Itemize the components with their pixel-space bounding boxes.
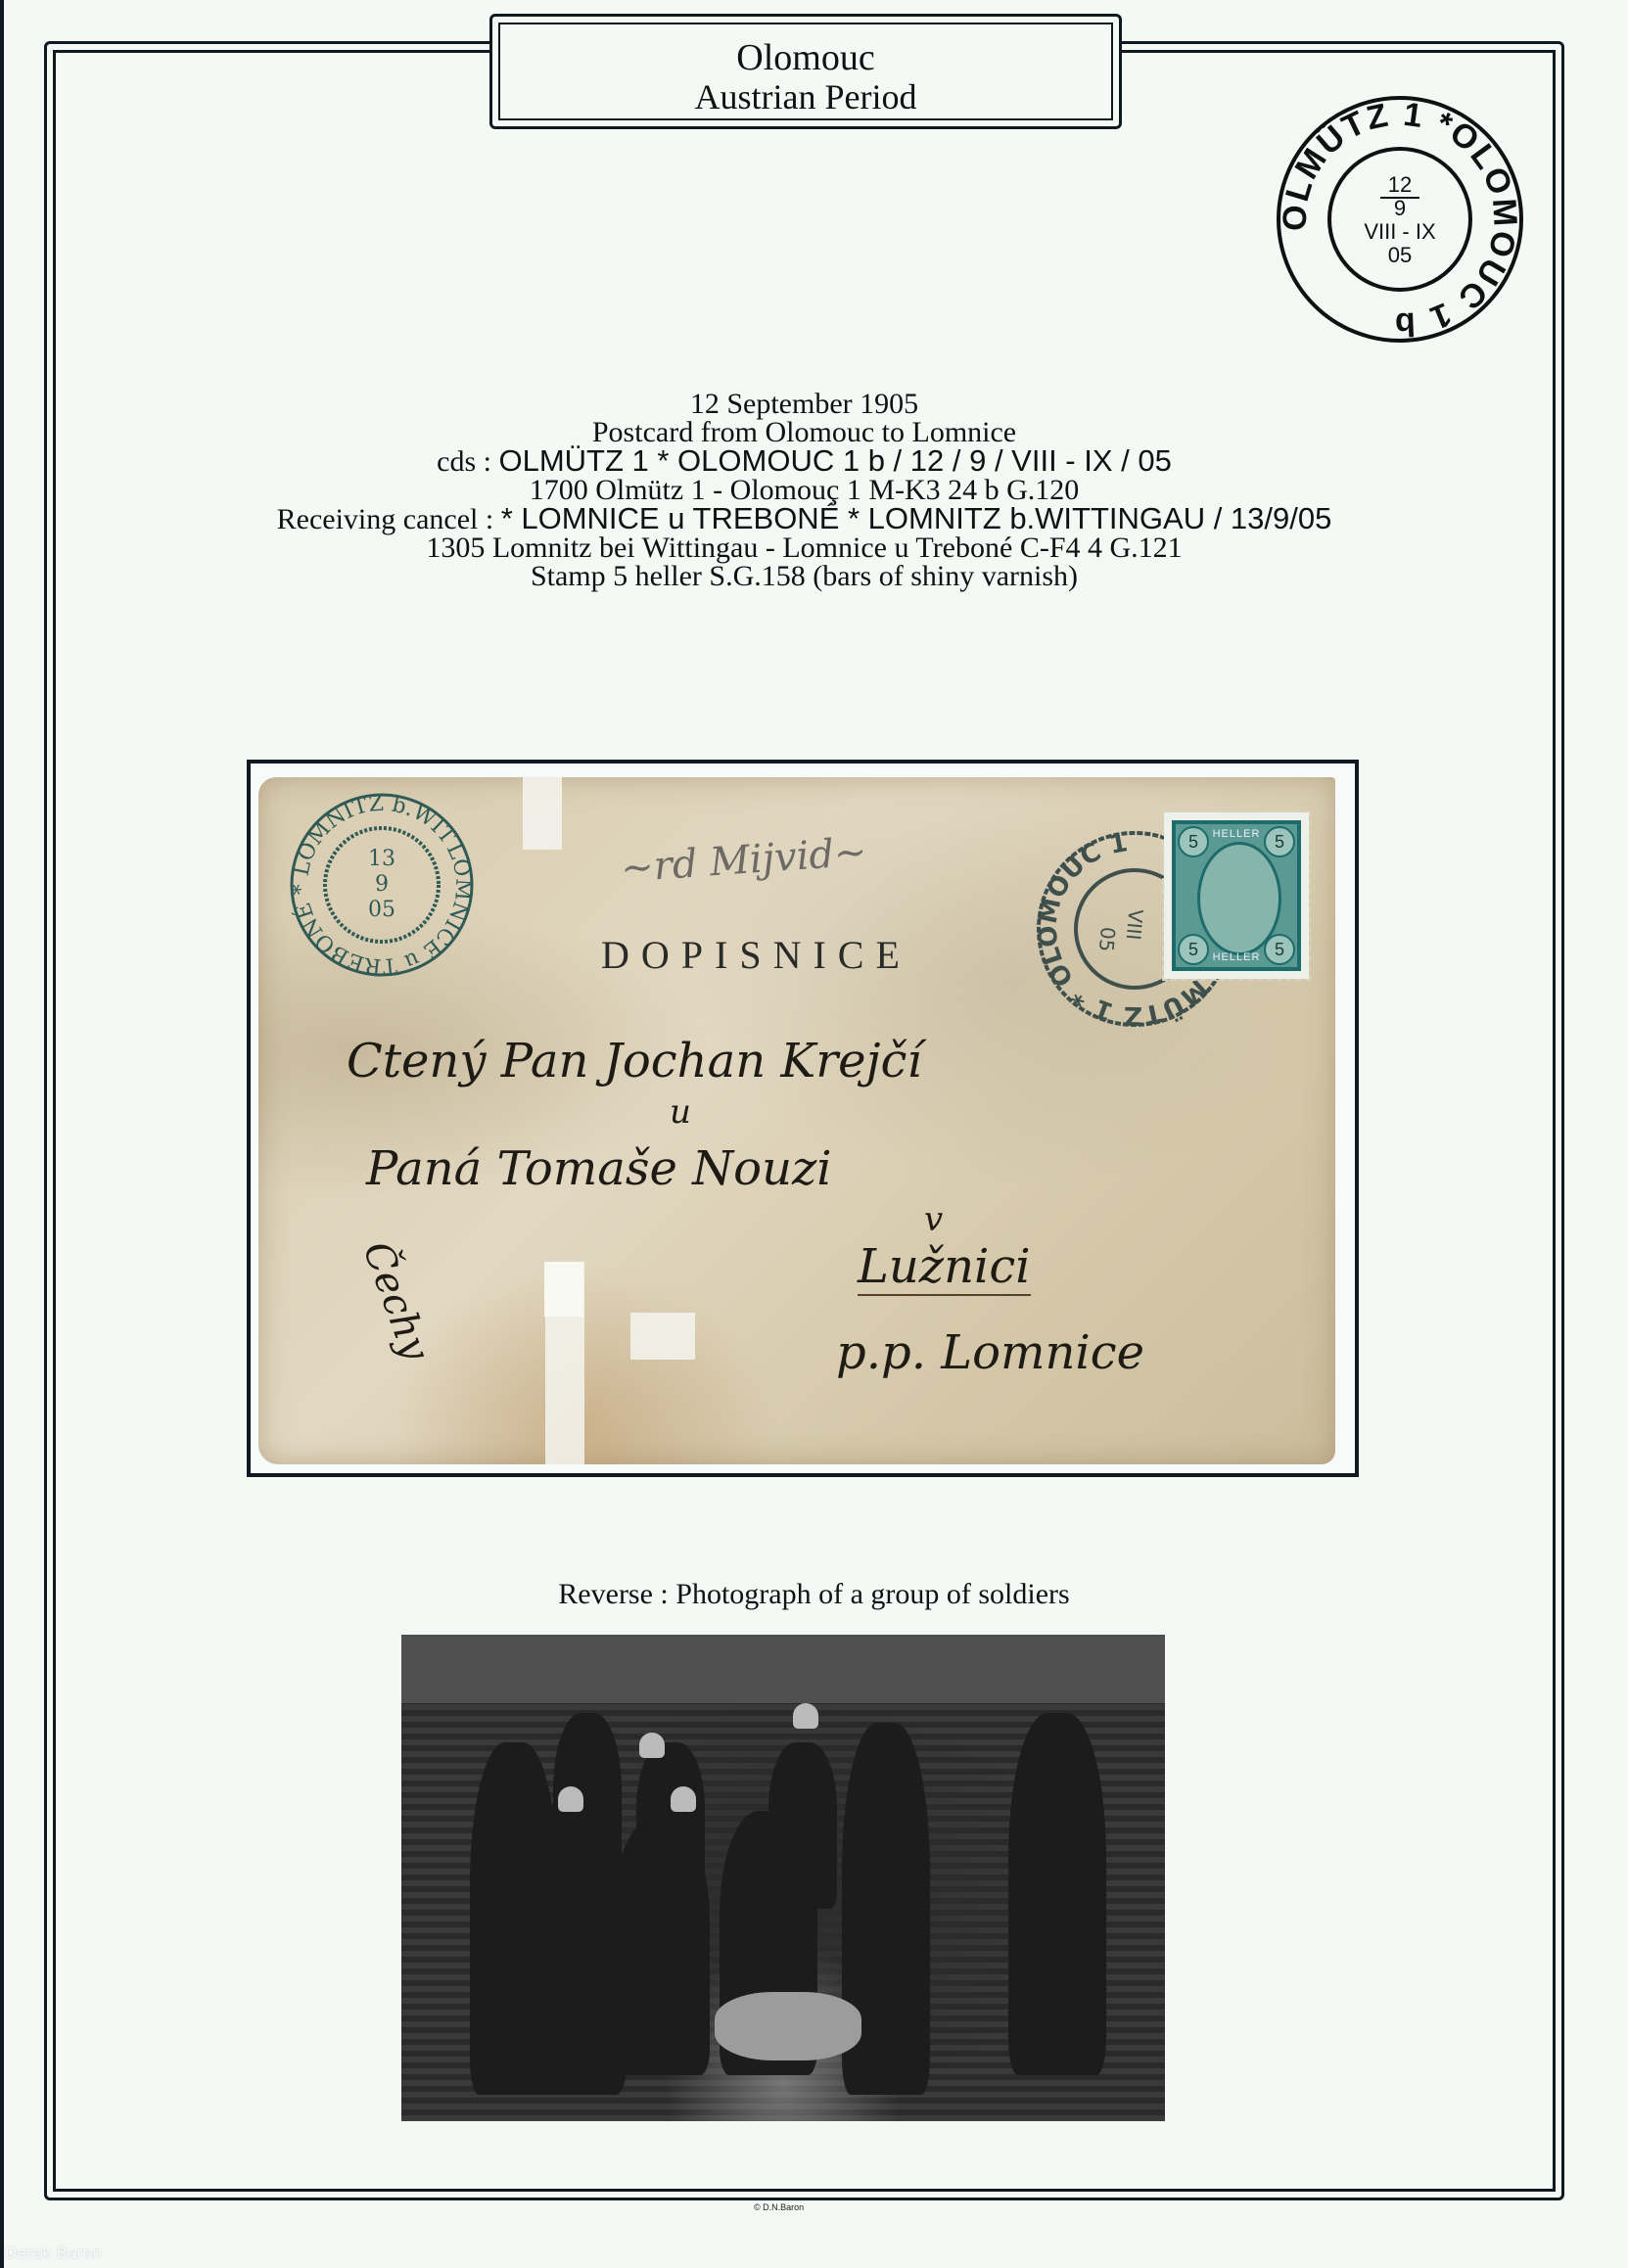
stamp-design: HELLER 5 5 5 5 HELLER <box>1172 820 1301 971</box>
sending-cancel-hours: VIII <box>1122 908 1148 941</box>
description-cds: cds : OLMÜTZ 1 * OLOMOUC 1 b / 12 / 9 / … <box>88 446 1520 476</box>
description-block: 12 September 1905 Postcard from Olomouc … <box>88 390 1520 590</box>
title-box-inner: Olomouc Austrian Period <box>498 23 1113 120</box>
address-line-4: v <box>924 1200 943 1239</box>
receiving-cancel-day: 13 <box>368 847 395 871</box>
postcard-front: LOMNICE u TREBONÉ * LOMNITZ b.WITTINGAU … <box>258 777 1335 1464</box>
helmet <box>558 1786 583 1812</box>
soldier-figure <box>1008 1713 1106 2075</box>
reverse-caption: Reverse : Photograph of a group of soldi… <box>294 1578 1334 1611</box>
postmark-day: 12 <box>1388 172 1412 197</box>
title-box: Olomouc Austrian Period <box>489 14 1122 129</box>
receiving-cancel: LOMNICE u TREBONÉ * LOMNITZ b.WITTINGAU … <box>284 787 480 983</box>
receiving-value: * LOMNICE u TREBONÉ * LOMNITZ b.WITTINGA… <box>501 501 1332 535</box>
address-line-1: Ctený Pan Jochan Krejčí <box>347 1034 922 1088</box>
scan-edge <box>0 0 4 2268</box>
cds-label: cds : <box>437 445 498 478</box>
pencil-note: ~rd Mijvid~ <box>620 829 868 891</box>
helmet <box>639 1733 665 1758</box>
helmet <box>793 1703 818 1729</box>
description-stamp: Stamp 5 heller S.G.158 (bars of shiny va… <box>88 562 1520 590</box>
soldiers-photograph <box>401 1635 1165 2121</box>
hinge-tape <box>544 1262 583 1317</box>
postmark-illustration: OLMÜTZ 1 *OLOMOUC 1 b 12 9 VIII - IX 05 <box>1275 94 1525 345</box>
postmark-year: 05 <box>1388 243 1412 267</box>
helmet <box>671 1786 696 1812</box>
copyright: © D.N.Baron <box>754 2202 804 2212</box>
address-line-3: Paná Tomaše Nouzi <box>366 1141 832 1196</box>
soldier-figure <box>715 1992 861 2060</box>
page-title: Olomouc <box>500 38 1111 77</box>
stamp-value-corner: 5 <box>1264 826 1295 857</box>
postage-stamp: HELLER 5 5 5 5 HELLER <box>1164 812 1309 979</box>
soldier-figure <box>519 1801 627 2095</box>
address-line-2: u <box>670 1092 691 1132</box>
printed-title: DOPISNICE <box>601 932 911 978</box>
description-receiving: Receiving cancel : * LOMNICE u TREBONÉ *… <box>88 504 1520 533</box>
description-cds-reference: 1700 Olmütz 1 - Olomouç 1 M-K3 24 b G.12… <box>88 476 1520 504</box>
stamp-value-corner: 5 <box>1178 826 1209 857</box>
receiving-cancel-month: 9 <box>375 872 389 897</box>
description-receiving-reference: 1305 Lomnitz bei Wittingau - Lomnice u T… <box>88 533 1520 562</box>
address-line-6: p.p. Lomnice <box>836 1325 1144 1380</box>
sending-cancel-year: 05 <box>1094 926 1120 952</box>
address-region: Čechy <box>354 1235 439 1365</box>
hinge-tape <box>630 1313 695 1360</box>
receiving-cancel-year: 05 <box>368 898 395 922</box>
soldier-figure <box>612 1821 710 2075</box>
cds-value: OLMÜTZ 1 * OLOMOUC 1 b / 12 / 9 / VIII -… <box>498 443 1171 478</box>
hinge-tape <box>523 777 562 850</box>
postmark-hours: VIII - IX <box>1364 219 1436 244</box>
postmark-month: 9 <box>1394 196 1406 220</box>
postcard-frame: LOMNICE u TREBONÉ * LOMNITZ b.WITTINGAU … <box>247 760 1359 1477</box>
address-line-5: Lužnici <box>858 1239 1031 1296</box>
page-subtitle: Austrian Period <box>500 77 1111 116</box>
photo-wall <box>401 1635 1165 1703</box>
description-summary: Postcard from Olomouc to Lomnice <box>88 418 1520 446</box>
watermark: Derek Baron <box>5 2244 103 2262</box>
stamp-bottom-text: HELLER <box>1176 951 1297 963</box>
description-date: 12 September 1905 <box>88 390 1520 418</box>
